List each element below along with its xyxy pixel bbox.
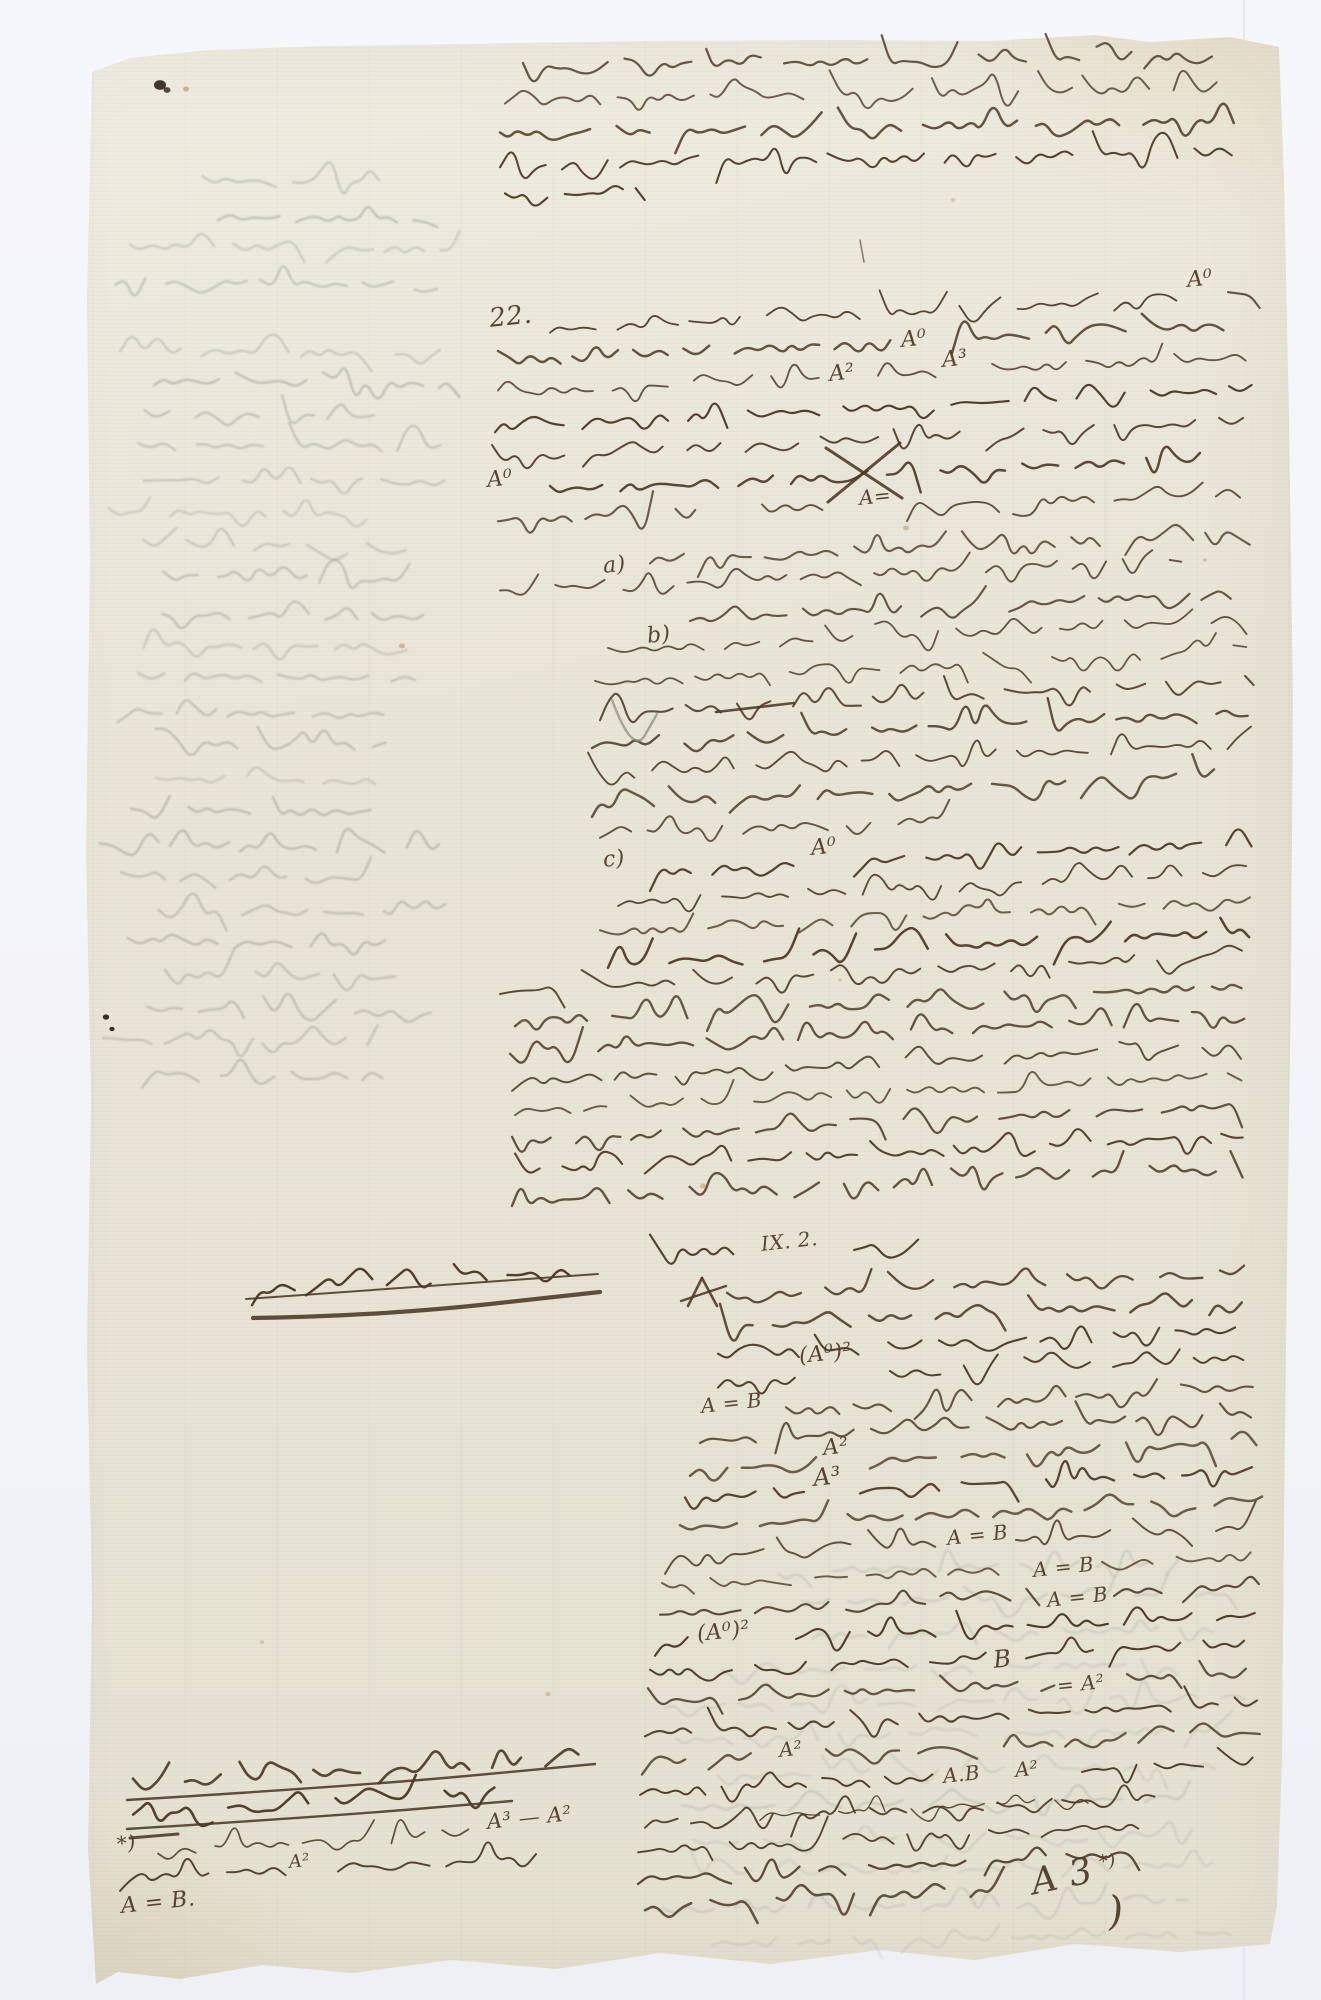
manuscript-scan-page: 22.A⁰A⁰A²A³A⁰A=a)b)c)A⁰IX. 2.(A⁰)²A = BA… (0, 0, 1321, 2000)
paper-sheet (0, 0, 1321, 2000)
